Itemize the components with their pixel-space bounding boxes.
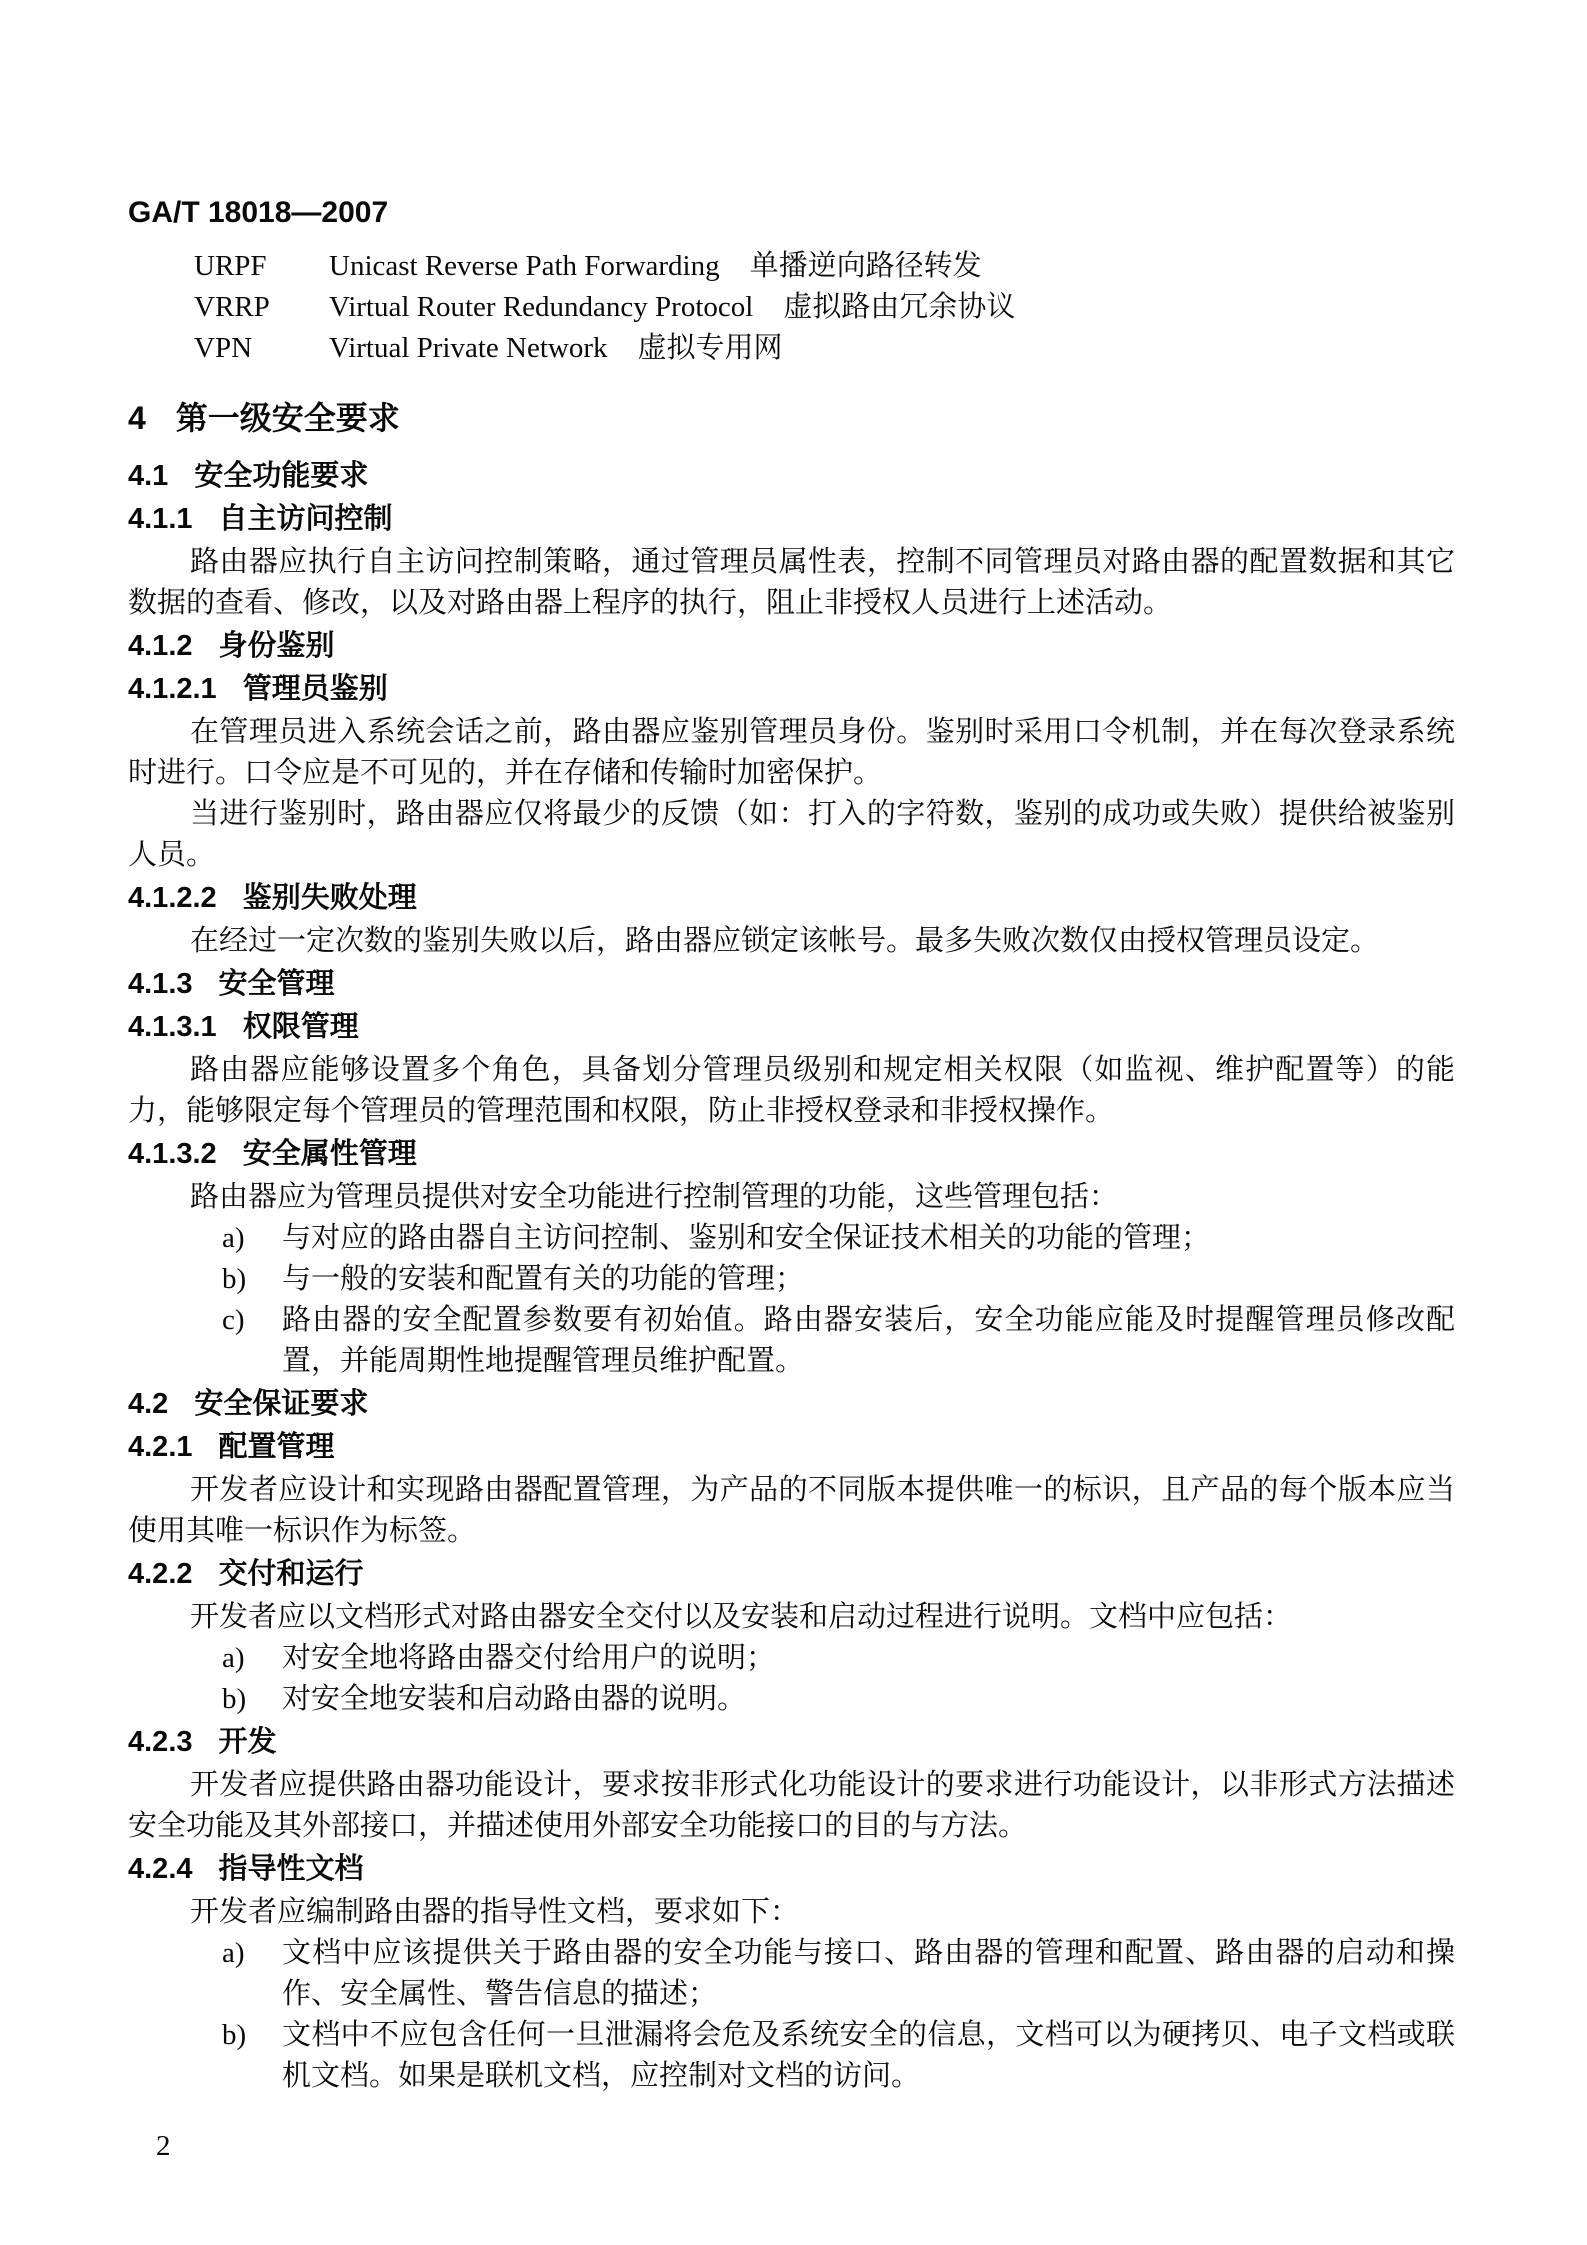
list-item-text: 对安全地将路由器交付给用户的说明； [282, 1638, 1455, 1679]
document-page: GA/T 18018—2007 URPFUnicast Reverse Path… [0, 0, 1587, 2245]
list-item-marker: b) [222, 2015, 282, 2097]
paragraph: 在经过一定次数的鉴别失败以后，路由器应锁定该帐号。最多失败次数仅由授权管理员设定… [128, 921, 1455, 962]
page-number: 2 [156, 2126, 1455, 2167]
section-heading: 4.2.2交付和运行 [128, 1554, 1455, 1595]
list-item: a)对安全地将路由器交付给用户的说明； [128, 1638, 1455, 1679]
section-number: 4.2 [128, 1388, 168, 1420]
section-heading: 4.1.2身份鉴别 [128, 626, 1455, 667]
abbreviation-english: Virtual Router Redundancy Protocol [329, 291, 753, 323]
paragraph: 开发者应编制路由器的指导性文档，要求如下： [128, 1892, 1455, 1933]
section-heading: 4.2.3开发 [128, 1722, 1455, 1763]
list-item-text: 与对应的路由器自主访问控制、鉴别和安全保证技术相关的功能的管理； [282, 1218, 1455, 1259]
list-item: b)文档中不应包含任何一旦泄漏将会危及系统安全的信息，文档可以为硬拷贝、电子文档… [128, 2015, 1455, 2097]
paragraph: 开发者应提供路由器功能设计，要求按非形式化功能设计的要求进行功能设计，以非形式方… [128, 1765, 1455, 1847]
list-item-marker: a) [222, 1933, 282, 2015]
section-title: 交付和运行 [219, 1558, 364, 1590]
list-item-marker: b) [222, 1259, 282, 1300]
list-item-text: 对安全地安装和启动路由器的说明。 [282, 1679, 1455, 1720]
section-number: 4.2.4 [128, 1853, 193, 1885]
section-number: 4.1.3 [128, 968, 193, 1000]
section-heading: 4.2.4指导性文档 [128, 1849, 1455, 1890]
abbreviation-english: Unicast Reverse Path Forwarding [329, 250, 720, 282]
list-item: a)文档中应该提供关于路由器的安全功能与接口、路由器的管理和配置、路由器的启动和… [128, 1933, 1455, 2015]
abbreviation-definition: Virtual Router Redundancy Protocol虚拟路由冗余… [329, 287, 1015, 328]
section-title: 指导性文档 [219, 1853, 364, 1885]
paragraph: 路由器应能够设置多个角色，具备划分管理员级别和规定相关权限（如监视、维护配置等）… [128, 1050, 1455, 1132]
abbreviation-term: VPN [194, 328, 329, 369]
section-content: 4第一级安全要求4.1安全功能要求4.1.1自主访问控制路由器应执行自主访问控制… [128, 395, 1455, 2097]
section-number: 4.1.2 [128, 630, 193, 662]
abbreviation-chinese: 虚拟专用网 [638, 332, 783, 364]
section-heading: 4.1.2.1管理员鉴别 [128, 669, 1455, 710]
section-title: 鉴别失败处理 [243, 882, 417, 914]
paragraph: 开发者应以文档形式对路由器安全交付以及安装和启动过程进行说明。文档中应包括： [128, 1597, 1455, 1638]
list-item-text: 文档中不应包含任何一旦泄漏将会危及系统安全的信息，文档可以为硬拷贝、电子文档或联… [282, 2015, 1455, 2097]
paragraph: 路由器应执行自主访问控制策略，通过管理员属性表，控制不同管理员对路由器的配置数据… [128, 542, 1455, 624]
paragraph: 当进行鉴别时，路由器应仅将最少的反馈（如：打入的字符数，鉴别的成功或失败）提供给… [128, 794, 1455, 876]
section-title: 安全属性管理 [243, 1138, 417, 1170]
section-number: 4.1.3.2 [128, 1138, 217, 1170]
section-number: 4.1.1 [128, 503, 193, 535]
section-heading: 4.1.3.1权限管理 [128, 1007, 1455, 1048]
section-title: 权限管理 [243, 1011, 359, 1043]
abbreviation-english: Virtual Private Network [329, 332, 608, 364]
section-title: 身份鉴别 [219, 630, 335, 662]
section-heading: 4.2安全保证要求 [128, 1384, 1455, 1425]
list-item: b)与一般的安装和配置有关的功能的管理； [128, 1259, 1455, 1300]
section-heading: 4.1安全功能要求 [128, 456, 1455, 497]
section-heading: 4第一级安全要求 [128, 395, 1455, 441]
list-item-marker: c) [222, 1300, 282, 1382]
section-number: 4.2.1 [128, 1431, 193, 1463]
section-title: 自主访问控制 [219, 503, 393, 535]
list-item: a)与对应的路由器自主访问控制、鉴别和安全保证技术相关的功能的管理； [128, 1218, 1455, 1259]
list-item-marker: a) [222, 1638, 282, 1679]
list-item: b)对安全地安装和启动路由器的说明。 [128, 1679, 1455, 1720]
section-number: 4.1.2.1 [128, 673, 217, 705]
section-number: 4 [128, 400, 146, 436]
section-title: 开发 [219, 1726, 277, 1758]
abbreviation-definition: Virtual Private Network虚拟专用网 [329, 328, 783, 369]
section-title: 安全管理 [219, 968, 335, 1000]
section-heading: 4.1.2.2鉴别失败处理 [128, 878, 1455, 919]
abbreviation-row: VRRPVirtual Router Redundancy Protocol虚拟… [128, 287, 1455, 328]
list-item: c)路由器的安全配置参数要有初始值。路由器安装后，安全功能应能及时提醒管理员修改… [128, 1300, 1455, 1382]
abbreviation-list: URPFUnicast Reverse Path Forwarding单播逆向路… [128, 246, 1455, 369]
section-number: 4.1 [128, 460, 168, 492]
abbreviation-row: VPNVirtual Private Network虚拟专用网 [128, 328, 1455, 369]
section-number: 4.2.3 [128, 1726, 193, 1758]
section-title: 安全功能要求 [194, 460, 368, 492]
abbreviation-row: URPFUnicast Reverse Path Forwarding单播逆向路… [128, 246, 1455, 287]
section-title: 第一级安全要求 [176, 400, 400, 436]
abbreviation-term: URPF [194, 246, 329, 287]
list-item-text: 与一般的安装和配置有关的功能的管理； [282, 1259, 1455, 1300]
standard-doc-code: GA/T 18018—2007 [128, 192, 1455, 233]
section-title: 配置管理 [219, 1431, 335, 1463]
list-item-text: 路由器的安全配置参数要有初始值。路由器安装后，安全功能应能及时提醒管理员修改配置… [282, 1300, 1455, 1382]
section-number: 4.1.3.1 [128, 1011, 217, 1043]
list-item-text: 文档中应该提供关于路由器的安全功能与接口、路由器的管理和配置、路由器的启动和操作… [282, 1933, 1455, 2015]
abbreviation-chinese: 单播逆向路径转发 [750, 250, 982, 282]
abbreviation-term: VRRP [194, 287, 329, 328]
section-heading: 4.1.1自主访问控制 [128, 499, 1455, 540]
paragraph: 在管理员进入系统会话之前，路由器应鉴别管理员身份。鉴别时采用口令机制，并在每次登… [128, 712, 1455, 794]
paragraph: 开发者应设计和实现路由器配置管理，为产品的不同版本提供唯一的标识，且产品的每个版… [128, 1470, 1455, 1552]
paragraph: 路由器应为管理员提供对安全功能进行控制管理的功能，这些管理包括： [128, 1177, 1455, 1218]
section-heading: 4.2.1配置管理 [128, 1427, 1455, 1468]
section-heading: 4.1.3安全管理 [128, 964, 1455, 1005]
section-title: 管理员鉴别 [243, 673, 388, 705]
section-number: 4.1.2.2 [128, 882, 217, 914]
section-title: 安全保证要求 [194, 1388, 368, 1420]
section-number: 4.2.2 [128, 1558, 193, 1590]
abbreviation-definition: Unicast Reverse Path Forwarding单播逆向路径转发 [329, 246, 982, 287]
abbreviation-chinese: 虚拟路由冗余协议 [783, 291, 1015, 323]
list-item-marker: b) [222, 1679, 282, 1720]
list-item-marker: a) [222, 1218, 282, 1259]
section-heading: 4.1.3.2安全属性管理 [128, 1134, 1455, 1175]
